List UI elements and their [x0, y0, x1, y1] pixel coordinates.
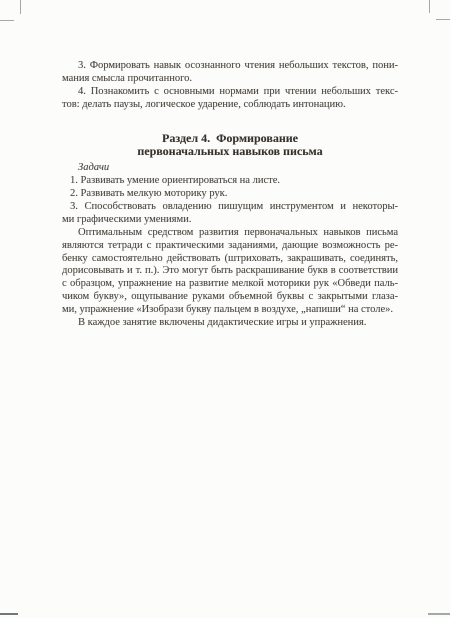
- intro-item-4: 4. Познакомить с основными нормами при ч…: [62, 86, 398, 112]
- crop-mark-bottom-left-horizontal: [0, 613, 18, 615]
- crop-mark-top-left-vertical: [20, 0, 21, 14]
- section-heading-line-2: первоначальных навыков письма: [62, 145, 398, 159]
- task-item-2: 2. Развивать мелкую моторику рук.: [62, 188, 398, 201]
- intro-item-4-line-2: тов: делать паузы, логическое ударение, …: [62, 99, 398, 112]
- page-text-block: 3. Формировать навык осознанного чтения …: [62, 60, 398, 330]
- intro-item-3-line-2: мания смысла прочитанного.: [62, 73, 398, 86]
- crop-mark-top-right-horizontal: [436, 19, 450, 20]
- main-paragraph-line-2: являются тетради с практическими задания…: [62, 240, 398, 253]
- main-paragraph-line-1: Оптимальным средством развития первонача…: [62, 227, 398, 240]
- crop-mark-bottom-right-horizontal: [428, 613, 450, 615]
- crop-mark-top-left-horizontal: [0, 20, 14, 21]
- intro-item-4-line-1: 4. Познакомить с основными нормами при ч…: [62, 86, 398, 99]
- tasks-label: Задачи: [62, 162, 398, 175]
- scanned-book-page: 3. Формировать навык осознанного чтения …: [0, 0, 450, 618]
- task-list: 1. Развивать умение ориентироваться на л…: [62, 175, 398, 227]
- section-heading-line-1: Раздел 4. Формирование: [62, 132, 398, 146]
- final-paragraph: В каждое занятие включены дидактические …: [62, 317, 398, 330]
- main-paragraph-line-4: дорисовывать и т. п.). Это могут быть ра…: [62, 265, 398, 278]
- crop-mark-top-right-vertical: [429, 0, 430, 13]
- section-heading: Раздел 4. Формирование первоначальных на…: [62, 132, 398, 160]
- main-paragraph-line-6: чиком букву», ощупывание руками объемной…: [62, 291, 398, 304]
- task-item-3-line-1: 3. Способствовать овладению пишущим инст…: [62, 201, 398, 214]
- task-item-3-line-2: ми графическими умениями.: [62, 214, 398, 227]
- main-paragraph: Оптимальным средством развития первонача…: [62, 227, 398, 317]
- task-item-1: 1. Развивать умение ориентироваться на л…: [62, 175, 398, 188]
- main-paragraph-line-3: бенку самостоятельно действовать (штрихо…: [62, 253, 398, 266]
- task-item-3: 3. Способствовать овладению пишущим инст…: [62, 201, 398, 227]
- intro-item-3: 3. Формировать навык осознанного чтения …: [62, 60, 398, 86]
- main-paragraph-line-5: с образцом, упражнение на развитие мелко…: [62, 278, 398, 291]
- main-paragraph-line-7: ми, упражнение «Изобрази букву пальцем в…: [62, 304, 398, 317]
- intro-list: 3. Формировать навык осознанного чтения …: [62, 60, 398, 112]
- intro-item-3-line-1: 3. Формировать навык осознанного чтения …: [62, 60, 398, 73]
